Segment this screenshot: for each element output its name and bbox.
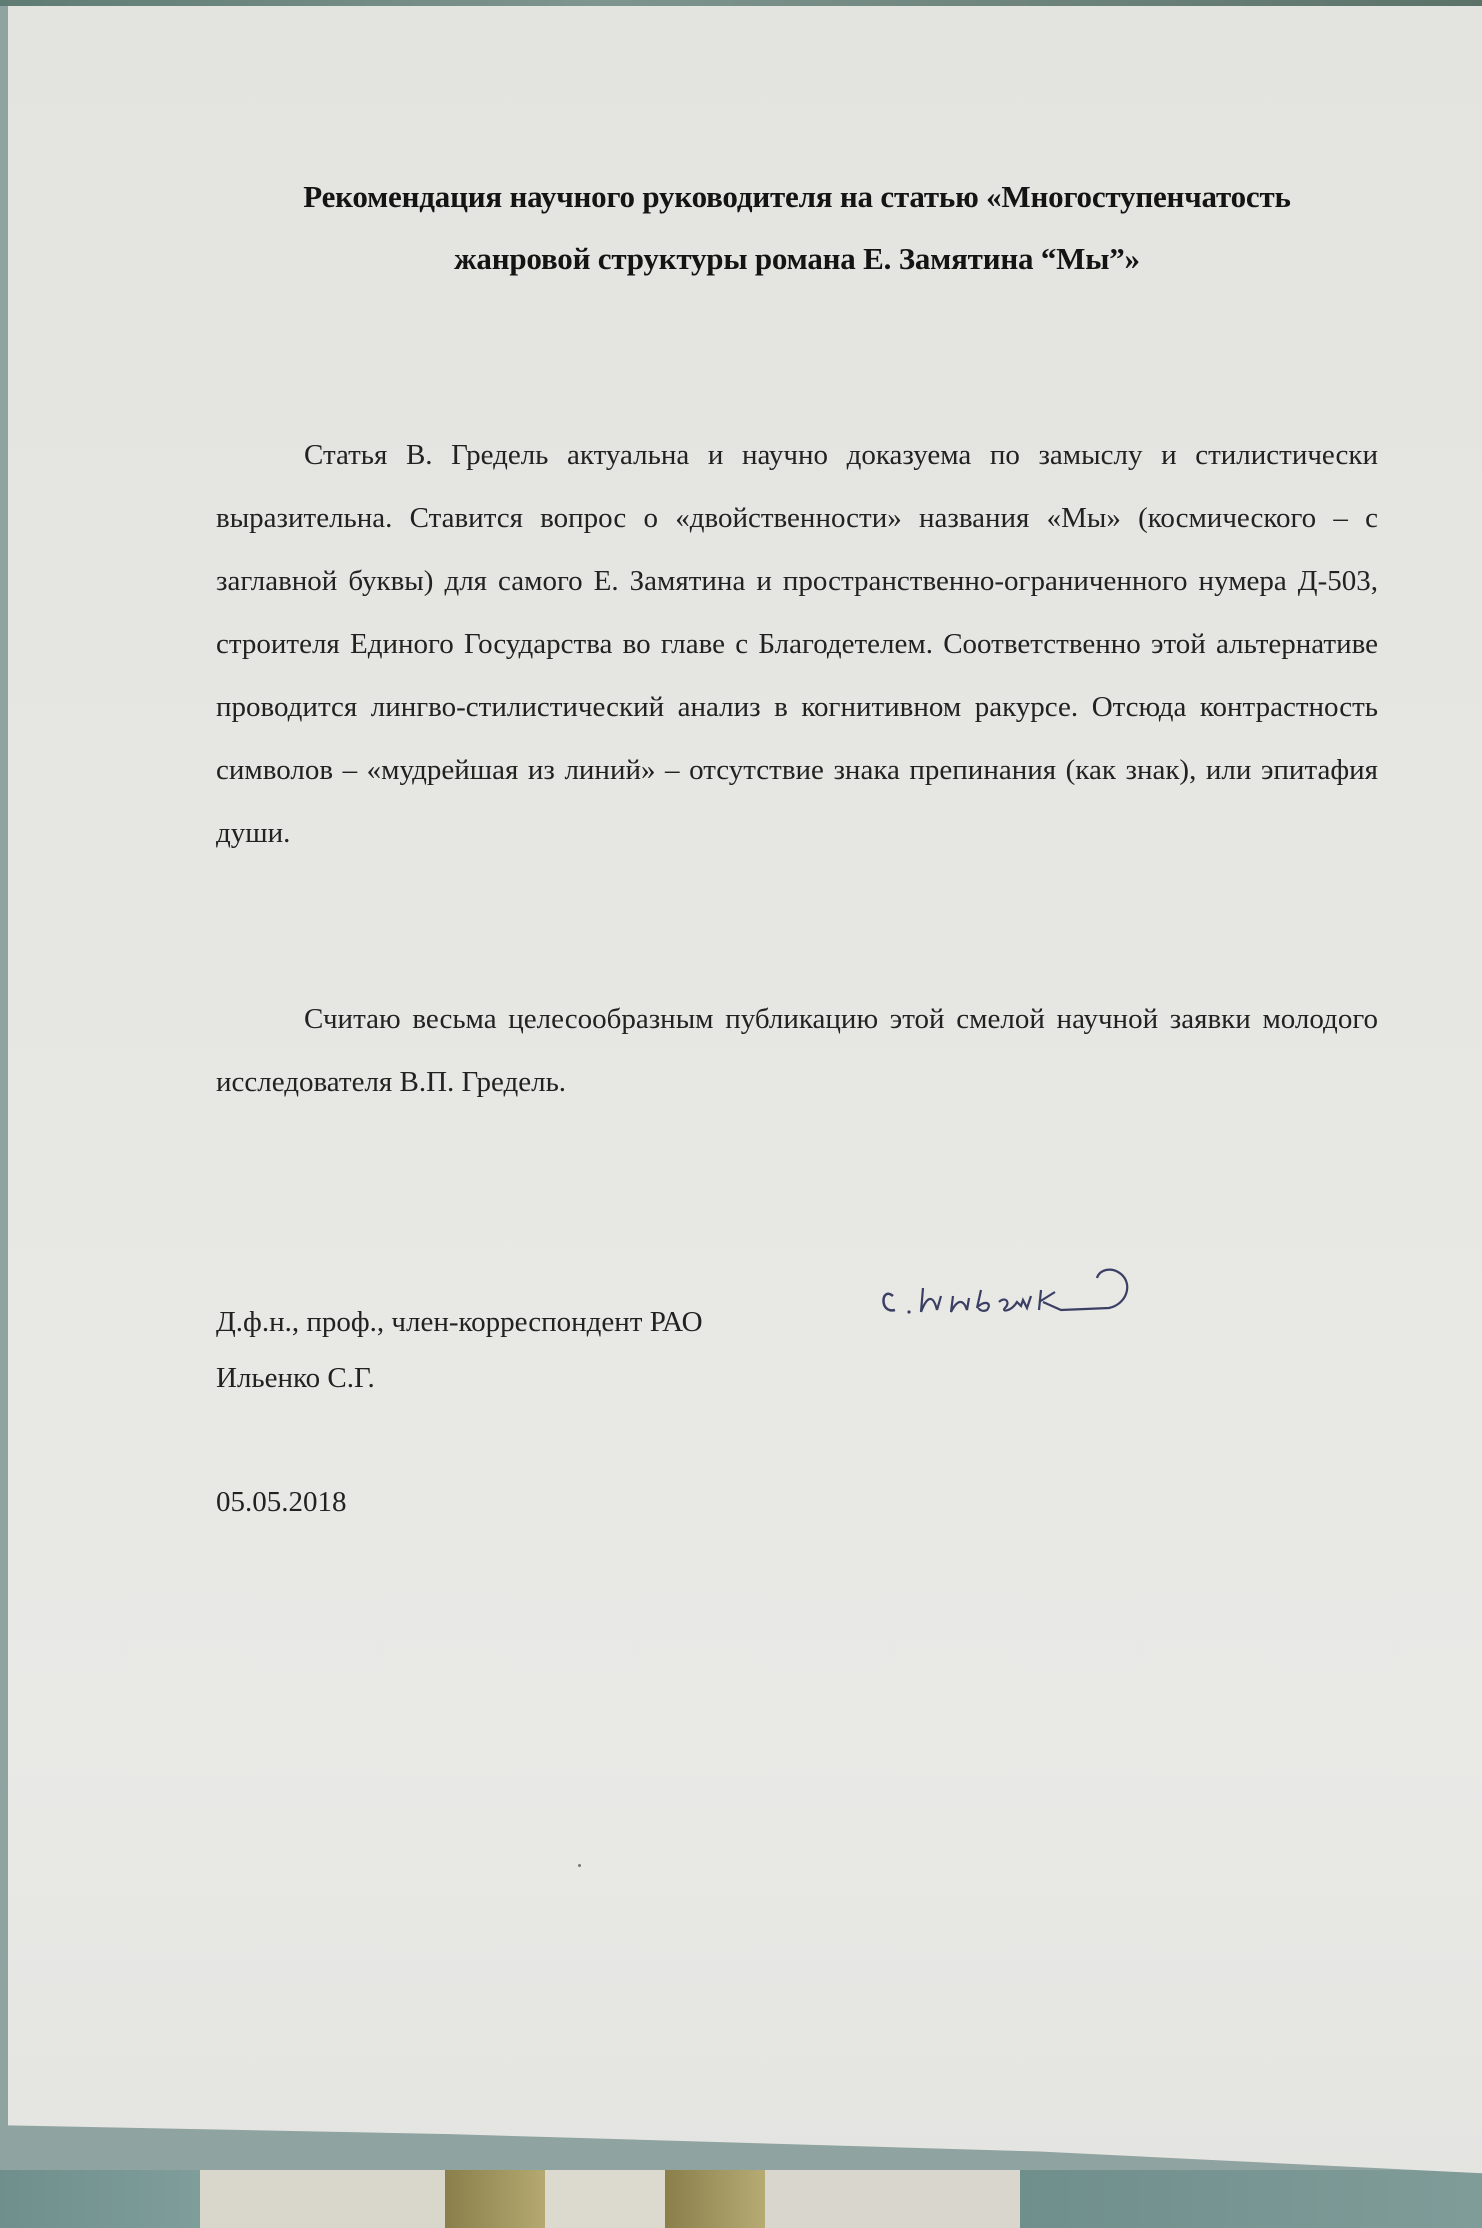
- paper-speck: [578, 1864, 581, 1867]
- background-surface-top: [0, 0, 1482, 6]
- signatory-credentials: Д.ф.н., проф., член-корреспондент РАО: [216, 1292, 703, 1352]
- paper-sheet: Рекомендация научного руководителя на ст…: [8, 6, 1482, 2182]
- handwritten-signature: [871, 1256, 1131, 1326]
- document-title: Рекомендация научного руководителя на ст…: [216, 166, 1378, 290]
- paragraph-recommendation: Считаю весьма целесообразным публикацию …: [216, 988, 1378, 1114]
- signatory-name: Ильенко С.Г.: [216, 1348, 375, 1408]
- title-line-1: Рекомендация научного руководителя на ст…: [216, 166, 1378, 228]
- signature-flourish-icon: [871, 1256, 1141, 1326]
- title-line-2: жанровой структуры романа Е. Замятина “М…: [216, 228, 1378, 290]
- paragraph-review: Статья В. Гредель актуальна и научно док…: [216, 424, 1378, 865]
- paragraph-review-text: Статья В. Гредель актуальна и научно док…: [216, 439, 1378, 849]
- document-date: 05.05.2018: [216, 1472, 347, 1532]
- paragraph-recommendation-text: Считаю весьма целесообразным публикацию …: [216, 1003, 1378, 1098]
- background-tablecloth: [0, 2170, 1482, 2228]
